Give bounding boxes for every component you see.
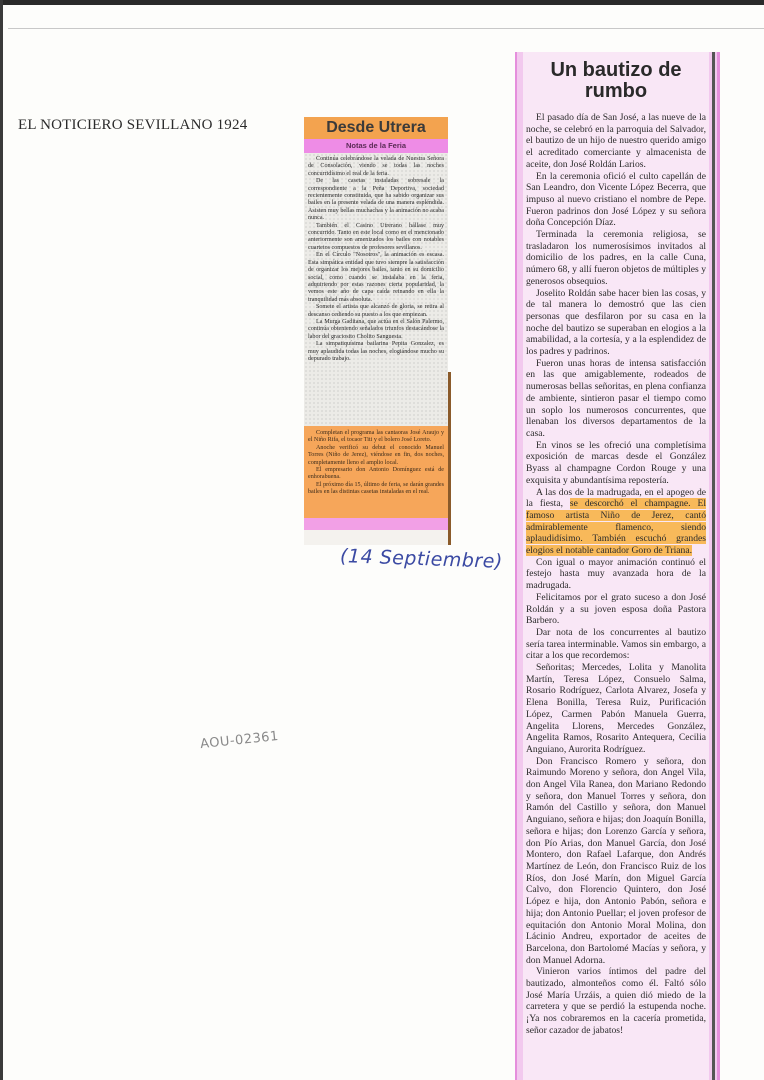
newspaper-source-title: EL NOTICIERO SEVILLANO 1924 xyxy=(18,117,247,134)
paragraph: La simpatiquísima bailarina Pepita Gonza… xyxy=(308,341,444,363)
archive-id-stamp: AOU-02361 xyxy=(199,729,279,752)
page-rule xyxy=(8,28,764,29)
headline-line-1: Un bautizo de xyxy=(523,60,709,81)
paragraph: El pasado día de San José, a las nueve d… xyxy=(526,112,706,171)
paragraph: El empresario don Antonio Domínguez está… xyxy=(308,467,444,482)
clipping-edge-shadow xyxy=(448,372,451,545)
paragraph: Somete el artista que alcanzó de gloria,… xyxy=(308,304,444,319)
paragraph: También el Casino Utrerano hállase muy c… xyxy=(308,223,444,253)
clipping-desde-utrera: Desde Utrera Notas de la Feria Continúa … xyxy=(304,117,448,545)
clipping-body-gray: Continúa celebrándose la velada de Nuest… xyxy=(304,153,448,426)
paragraph: Completan el programa las cantaoras José… xyxy=(308,430,444,445)
paragraph: La Murga Gaditana, que actúa en el Salón… xyxy=(308,319,444,341)
paragraph: En el Círculo "Nosotros", la animación e… xyxy=(308,252,444,304)
clipping-headline: Un bautizo de rumbo xyxy=(523,52,709,102)
paragraph: Continúa celebrándose la velada de Nuest… xyxy=(308,156,444,178)
paragraph: Señoritas; Mercedes, Lolita y Manolita M… xyxy=(526,662,706,756)
clipping-edge xyxy=(712,52,715,1080)
paragraph: Joselito Roldán sabe hacer bien las cosa… xyxy=(526,288,706,358)
handwritten-date: (14 Septiembre) xyxy=(340,545,504,573)
paragraph: Anoche verificó su debut el conocido Man… xyxy=(308,445,444,467)
paragraph: Fueron unas horas de intensa satisfacció… xyxy=(526,358,706,440)
clipping-body: El pasado día de San José, a las nueve d… xyxy=(523,112,709,1037)
scan-top-edge xyxy=(0,0,764,5)
paragraph: Don Francisco Romero y señora, don Raimu… xyxy=(526,756,706,967)
paragraph: Dar nota de los concurrentes al bautizo … xyxy=(526,627,706,662)
clipping-un-bautizo-de-rumbo: Un bautizo de rumbo El pasado día de San… xyxy=(515,52,720,1080)
paragraph: Vinieron varios íntimos del padre del ba… xyxy=(526,966,706,1036)
clipping-subhead: Notas de la Feria xyxy=(304,139,448,153)
paragraph: Con igual o mayor animación continuó el … xyxy=(526,557,706,592)
paragraph: De las casetas instaladas sobresale la c… xyxy=(308,178,444,222)
paragraph: Terminada la ceremonia religiosa, se tra… xyxy=(526,229,706,288)
paragraph: En vinos se les ofreció una completísima… xyxy=(526,440,706,487)
paragraph: El próximo día 15, último de feria, se d… xyxy=(308,482,444,497)
paragraph: En la ceremonia ofició el culto capellán… xyxy=(526,171,706,230)
paragraph: Felicitamos por el grato suceso a don Jo… xyxy=(526,592,706,627)
clipping-pink-footer xyxy=(304,518,448,530)
clipping-body-highlighted: Completan el programa las cantaoras José… xyxy=(304,426,448,518)
clipping-paper: Un bautizo de rumbo El pasado día de San… xyxy=(523,52,709,1080)
paragraph-highlighted: A las dos de la madrugada, en el apogeo … xyxy=(526,487,706,557)
scan-left-edge xyxy=(0,0,3,1080)
clipping-headline: Desde Utrera xyxy=(304,117,448,139)
headline-line-2: rumbo xyxy=(523,81,709,102)
